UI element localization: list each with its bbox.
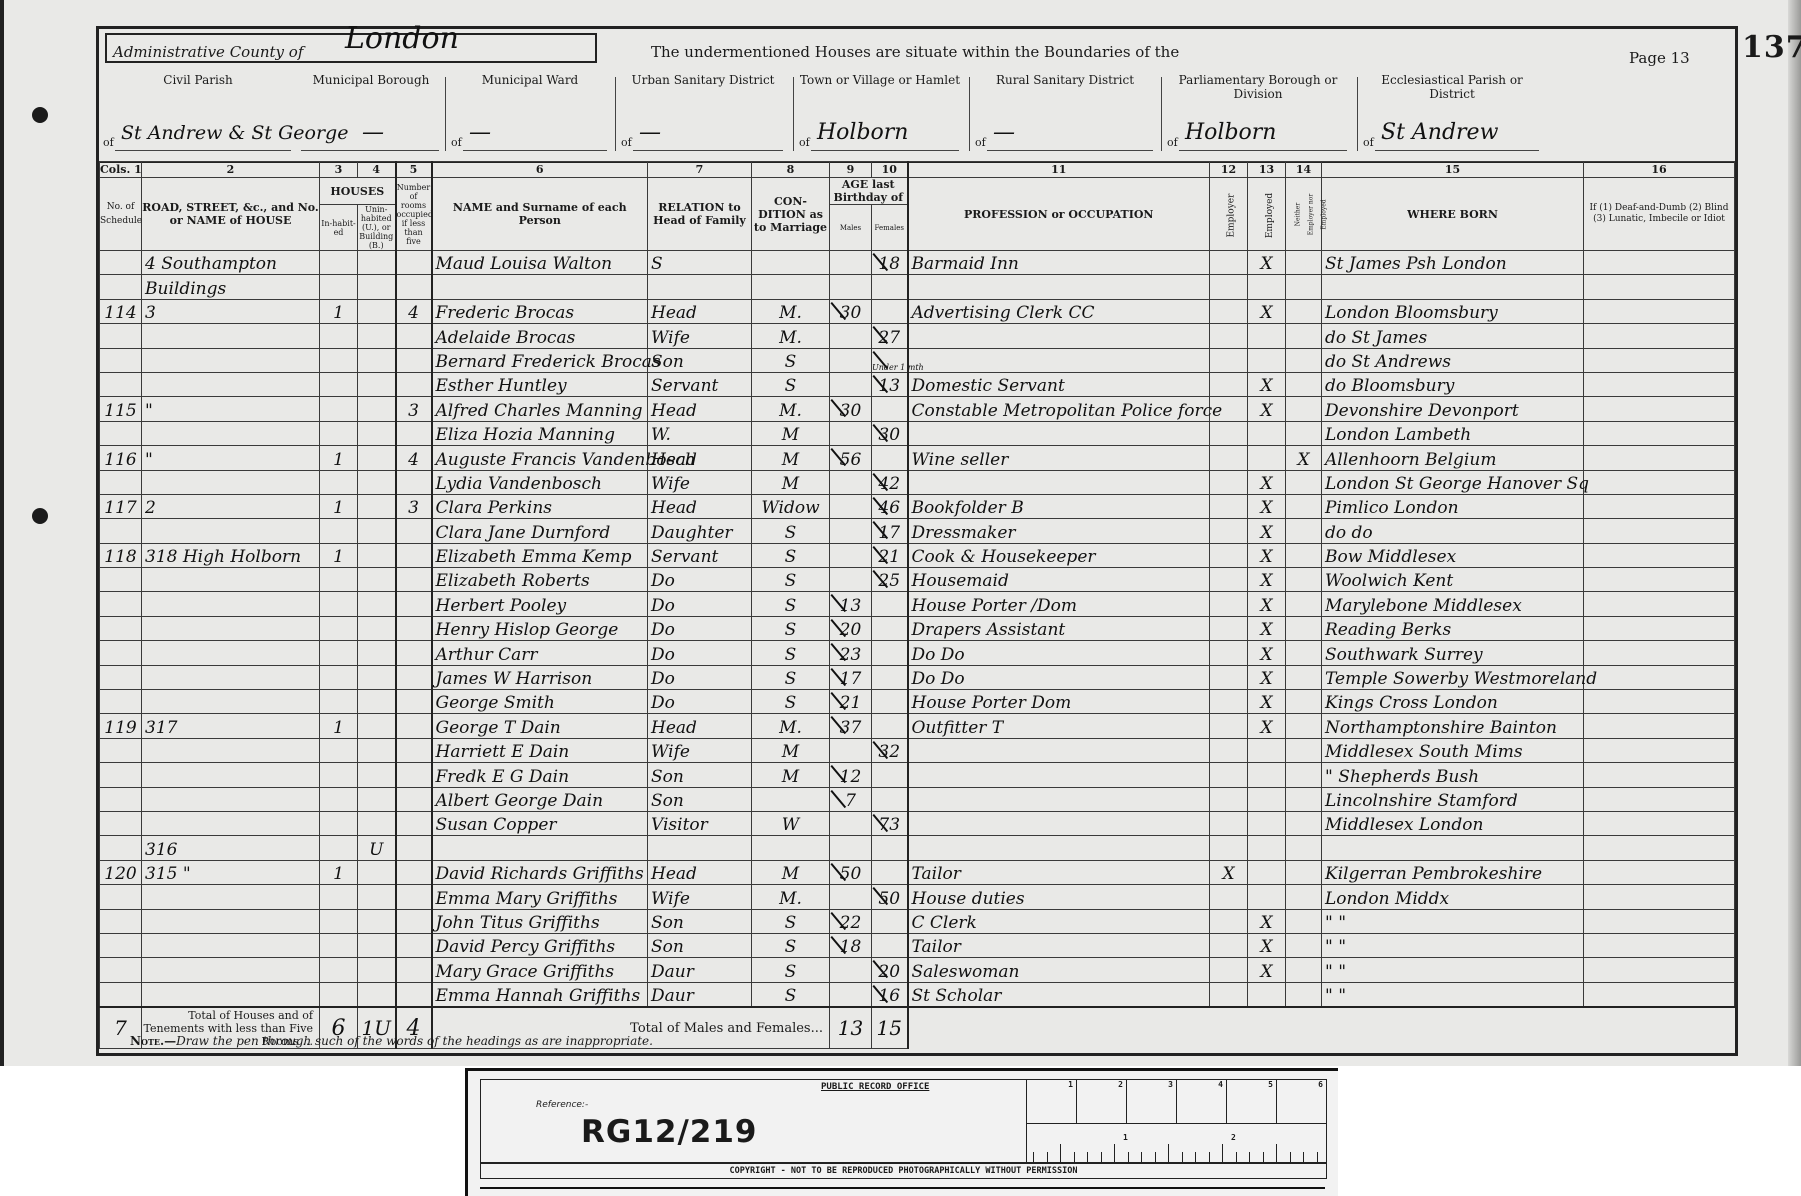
- cell-condition: [752, 787, 830, 811]
- cell-relation: Do: [648, 616, 752, 640]
- cell-name: Arthur Carr: [432, 641, 648, 665]
- col-number: 6: [432, 162, 648, 178]
- cell-neither: [1286, 787, 1322, 811]
- district-label: Urban Sanitary District: [617, 73, 789, 87]
- cell-inhabited: [320, 641, 358, 665]
- district-header-row: Civil Parish of St Andrew & St George Mu…: [99, 69, 1735, 163]
- cell-where-born: Southwark Surrey: [1322, 641, 1584, 665]
- ruler-mark: 4: [1177, 1080, 1227, 1123]
- cell-relation: Head: [648, 714, 752, 738]
- cell-where-born: London St George Hanover Sq: [1322, 470, 1584, 494]
- cell-condition: S: [752, 348, 830, 372]
- cell-uninhabited: [358, 397, 396, 421]
- cell-name: Adelaide Brocas: [432, 324, 648, 348]
- cell-male-age: [830, 275, 872, 299]
- cell-road: [142, 641, 320, 665]
- cell-occupation: Cook & Housekeeper: [908, 543, 1210, 567]
- cell-female-age: [872, 836, 908, 860]
- cell-road: [142, 324, 320, 348]
- cell-rooms: [396, 763, 432, 787]
- ruler-tick: [1182, 1152, 1183, 1162]
- district-label: Town or Village or Hamlet: [795, 73, 965, 87]
- cell-condition: M: [752, 421, 830, 445]
- header-neither-text: Neither Employer nor Employed: [1292, 189, 1331, 239]
- cell-neither: [1286, 738, 1322, 762]
- cell-occupation: Bookfolder B: [908, 494, 1210, 518]
- cell-condition: S: [752, 909, 830, 933]
- col-number: 2: [142, 162, 320, 178]
- ruler-tick: [1114, 1144, 1115, 1162]
- cell-employer: [1210, 811, 1248, 835]
- cell-uninhabited: [358, 348, 396, 372]
- cell-uninhabited: [358, 299, 396, 323]
- cell-where-born: Woolwich Kent: [1322, 568, 1584, 592]
- ruler-mark: 1: [1027, 1080, 1077, 1123]
- cell-occupation: Barmaid Inn: [908, 251, 1210, 275]
- cell-infirmity: [1584, 616, 1735, 640]
- cell-female-age: 46: [872, 494, 908, 518]
- cell-name: Clara Perkins: [432, 494, 648, 518]
- cell-road: [142, 787, 320, 811]
- cell-where-born: Pimlico London: [1322, 494, 1584, 518]
- district-rural-sanitary: Rural Sanitary District of —: [971, 69, 1159, 161]
- district-label: Municipal Borough: [297, 73, 445, 87]
- header-employed-text: Employed: [1264, 192, 1277, 237]
- district-ecclesiastical: Ecclesiastical Parish or District of St …: [1359, 69, 1545, 161]
- cell-infirmity: [1584, 446, 1735, 470]
- cell-rooms: [396, 348, 432, 372]
- table-row: 316U: [100, 836, 1735, 860]
- cell-male-age: [830, 811, 872, 835]
- cell-male-age: 30: [830, 299, 872, 323]
- cell-name: George T Dain: [432, 714, 648, 738]
- cell-female-age: 13: [872, 372, 908, 396]
- cell-female-age: [872, 714, 908, 738]
- cell-occupation: Do Do: [908, 665, 1210, 689]
- cell-infirmity: [1584, 543, 1735, 567]
- cell-rooms: [396, 787, 432, 811]
- copyright-notice: COPYRIGHT - NOT TO BE REPRODUCED PHOTOGR…: [480, 1163, 1327, 1179]
- cell-inhabited: [320, 836, 358, 860]
- cell-road: [142, 519, 320, 543]
- census-table: Cols. 1 2 3 4 5 6 7 8 9 10 11 12 13 14 1…: [99, 161, 1735, 1049]
- header-males: Males: [830, 205, 872, 251]
- table-row: 1193171George T DainHeadM.37Outfitter TX…: [100, 714, 1735, 738]
- ruler-tick: [1141, 1152, 1142, 1162]
- table-row: Emma Mary GriffithsWifeM.50House dutiesL…: [100, 885, 1735, 909]
- cell-road: [142, 690, 320, 714]
- cell-condition: Widow: [752, 494, 830, 518]
- cell-employed: X: [1248, 909, 1286, 933]
- district-value: Holborn: [1179, 116, 1347, 151]
- cell-employed: [1248, 324, 1286, 348]
- district-label: Ecclesiastical Parish or District: [1359, 73, 1545, 101]
- cell-employed: [1248, 787, 1286, 811]
- district-value: Holborn: [811, 116, 959, 151]
- cell-relation: Servant: [648, 543, 752, 567]
- cell-schedule: [100, 641, 142, 665]
- cell-uninhabited: [358, 665, 396, 689]
- cell-male-age: [830, 738, 872, 762]
- cell-relation: [648, 275, 752, 299]
- cell-employer: [1210, 519, 1248, 543]
- cell-employer: [1210, 470, 1248, 494]
- cell-female-age: [872, 787, 908, 811]
- table-row: Bernard Frederick BrocasSonSUnder 1 mthd…: [100, 348, 1735, 372]
- cell-employer: [1210, 982, 1248, 1007]
- ruler-tick: [1168, 1144, 1169, 1162]
- cell-schedule: [100, 519, 142, 543]
- cell-neither: [1286, 982, 1322, 1007]
- cell-infirmity: [1584, 933, 1735, 957]
- cell-rooms: [396, 641, 432, 665]
- column-number-row: Cols. 1 2 3 4 5 6 7 8 9 10 11 12 13 14 1…: [100, 162, 1735, 178]
- cell-inhabited: [320, 592, 358, 616]
- cell-rooms: [396, 933, 432, 957]
- cell-schedule: 116: [100, 446, 142, 470]
- cell-uninhabited: [358, 641, 396, 665]
- col-number: 9: [830, 162, 872, 178]
- cell-where-born: " ": [1322, 982, 1584, 1007]
- cell-rooms: 3: [396, 397, 432, 421]
- cell-employed: [1248, 763, 1286, 787]
- cell-inhabited: [320, 372, 358, 396]
- cell-where-born: Middlesex South Mims: [1322, 738, 1584, 762]
- ruler-tick: [1290, 1152, 1291, 1162]
- cell-road: 2: [142, 494, 320, 518]
- ruler-mark: 2: [1231, 1133, 1236, 1142]
- scale-ruler: 1 2 3 4 5 6 1 2: [1026, 1080, 1327, 1162]
- ruler-tick: [1317, 1152, 1318, 1162]
- cell-male-age: 23: [830, 641, 872, 665]
- cell-relation: Son: [648, 909, 752, 933]
- cell-employer: [1210, 836, 1248, 860]
- cell-occupation: House Porter /Dom: [908, 592, 1210, 616]
- cell-inhabited: [320, 348, 358, 372]
- header-rooms: Number of rooms occupied if less than fi…: [396, 178, 432, 251]
- ruler-mark: 1: [1123, 1133, 1128, 1142]
- cell-road: 317: [142, 714, 320, 738]
- reference-box: PUBLIC RECORD OFFICE Reference:- RG12/21…: [480, 1079, 1327, 1163]
- cell-condition: M.: [752, 885, 830, 909]
- cell-occupation: Drapers Assistant: [908, 616, 1210, 640]
- cell-inhabited: [320, 421, 358, 445]
- cell-neither: [1286, 763, 1322, 787]
- ruler-mark: 3: [1127, 1080, 1177, 1123]
- cell-name: David Richards Griffiths: [432, 860, 648, 884]
- divider: [969, 77, 970, 151]
- cell-where-born: Allenhoorn Belgium: [1322, 446, 1584, 470]
- cell-road: Buildings: [142, 275, 320, 299]
- cell-occupation: Outfitter T: [908, 714, 1210, 738]
- cell-condition: S: [752, 616, 830, 640]
- cell-female-age: [872, 299, 908, 323]
- cell-road: [142, 982, 320, 1007]
- cell-inhabited: [320, 519, 358, 543]
- cell-male-age: [830, 958, 872, 982]
- note-label: Note.—: [130, 1034, 176, 1048]
- cell-inhabited: [320, 763, 358, 787]
- cell-condition: M: [752, 860, 830, 884]
- totals-blank: [908, 1007, 1735, 1049]
- header-infirmity: If (1) Deaf-and-Dumb (2) Blind (3) Lunat…: [1584, 178, 1735, 251]
- divider: [1357, 77, 1358, 151]
- cell-condition: M: [752, 470, 830, 494]
- district-value: —: [633, 116, 783, 151]
- table-row: 115"3Alfred Charles ManningHeadM.30Const…: [100, 397, 1735, 421]
- cell-male-age: [830, 421, 872, 445]
- cell-inhabited: [320, 324, 358, 348]
- cell-infirmity: [1584, 568, 1735, 592]
- boundary-heading: The undermentioned Houses are situate wi…: [651, 43, 1179, 61]
- cell-neither: [1286, 470, 1322, 494]
- cell-employer: [1210, 299, 1248, 323]
- cell-schedule: [100, 738, 142, 762]
- cell-road: [142, 811, 320, 835]
- col-number: 3: [320, 162, 358, 178]
- cell-inhabited: [320, 787, 358, 811]
- cell-neither: [1286, 251, 1322, 275]
- ruler-mark: 2: [1077, 1080, 1127, 1123]
- cell-schedule: [100, 958, 142, 982]
- cell-road: [142, 885, 320, 909]
- cell-male-age: 7: [830, 787, 872, 811]
- cell-infirmity: [1584, 592, 1735, 616]
- table-row: Lydia VandenboschWifeM42XLondon St Georg…: [100, 470, 1735, 494]
- cell-female-age: 50: [872, 885, 908, 909]
- cell-where-born: " ": [1322, 933, 1584, 957]
- cell-condition: S: [752, 982, 830, 1007]
- cell-where-born: Temple Sowerby Westmoreland: [1322, 665, 1584, 689]
- cell-condition: S: [752, 372, 830, 396]
- cell-male-age: 22: [830, 909, 872, 933]
- cell-neither: [1286, 372, 1322, 396]
- cell-employer: [1210, 738, 1248, 762]
- punch-hole-icon: [32, 107, 48, 123]
- cell-male-age: [830, 348, 872, 372]
- cell-employer: [1210, 763, 1248, 787]
- table-row: John Titus GriffithsSonS22C ClerkX" ": [100, 909, 1735, 933]
- district-label: Rural Sanitary District: [971, 73, 1159, 87]
- cell-road: 316: [142, 836, 320, 860]
- cell-uninhabited: [358, 470, 396, 494]
- cell-employed: X: [1248, 665, 1286, 689]
- cell-neither: [1286, 494, 1322, 518]
- column-header-row: No. of Schedule ROAD, STREET, &c., and N…: [100, 178, 1735, 205]
- heading-note: Note.—Draw the pen through such of the w…: [130, 1034, 653, 1048]
- cell-relation: [648, 836, 752, 860]
- cell-neither: [1286, 519, 1322, 543]
- cell-where-born: Kings Cross London: [1322, 690, 1584, 714]
- cell-relation: Son: [648, 933, 752, 957]
- district-parliamentary: Parliamentary Borough or Division of Hol…: [1163, 69, 1353, 161]
- table-row: 116"14Auguste Francis VandenboschHeadM56…: [100, 446, 1735, 470]
- cell-condition: S: [752, 690, 830, 714]
- cell-male-age: 13: [830, 592, 872, 616]
- col-number: 11: [908, 162, 1210, 178]
- cell-relation: Head: [648, 860, 752, 884]
- cell-where-born: do Bloomsbury: [1322, 372, 1584, 396]
- cell-schedule: 120: [100, 860, 142, 884]
- cell-name: David Percy Griffiths: [432, 933, 648, 957]
- cell-employed: [1248, 421, 1286, 445]
- cell-occupation: [908, 738, 1210, 762]
- cell-employer: [1210, 665, 1248, 689]
- cell-female-age: 21: [872, 543, 908, 567]
- cell-employed: X: [1248, 397, 1286, 421]
- table-row: Elizabeth RobertsDoS25HousemaidXWoolwich…: [100, 568, 1735, 592]
- table-row: Arthur CarrDoS23Do DoXSouthwark Surrey: [100, 641, 1735, 665]
- cell-schedule: [100, 324, 142, 348]
- cell-condition: M.: [752, 714, 830, 738]
- ruler-tick: [1155, 1152, 1156, 1162]
- header-name: NAME and Surname of each Person: [432, 178, 648, 251]
- col-number: 4: [358, 162, 396, 178]
- cell-relation: Head: [648, 299, 752, 323]
- col-number: 13: [1248, 162, 1286, 178]
- cell-infirmity: [1584, 738, 1735, 762]
- cell-male-age: 50: [830, 860, 872, 884]
- district-value: St Andrew: [1375, 116, 1539, 151]
- cell-where-born: Lincolnshire Stamford: [1322, 787, 1584, 811]
- cell-road: [142, 763, 320, 787]
- cell-inhabited: 1: [320, 446, 358, 470]
- cell-road: [142, 348, 320, 372]
- cell-schedule: [100, 690, 142, 714]
- cell-condition: S: [752, 933, 830, 957]
- cell-employer: [1210, 958, 1248, 982]
- cell-infirmity: [1584, 421, 1735, 445]
- cell-uninhabited: [358, 494, 396, 518]
- cell-name: Lydia Vandenbosch: [432, 470, 648, 494]
- header-employed: Employed: [1248, 178, 1286, 251]
- cell-infirmity: [1584, 494, 1735, 518]
- divider: [445, 77, 446, 151]
- cell-occupation: [908, 811, 1210, 835]
- cell-occupation: [908, 421, 1210, 445]
- cell-relation: Do: [648, 568, 752, 592]
- cell-female-age: 73: [872, 811, 908, 835]
- cell-condition: M: [752, 763, 830, 787]
- cell-neither: X: [1286, 446, 1322, 470]
- cell-where-born: Kilgerran Pembrokeshire: [1322, 860, 1584, 884]
- header-houses: HOUSES: [320, 178, 396, 205]
- cell-name: Herbert Pooley: [432, 592, 648, 616]
- cell-female-age: [872, 690, 908, 714]
- cell-male-age: [830, 251, 872, 275]
- cell-neither: [1286, 616, 1322, 640]
- cell-occupation: [908, 763, 1210, 787]
- cell-name: Albert George Dain: [432, 787, 648, 811]
- cell-rooms: [396, 885, 432, 909]
- cell-infirmity: [1584, 397, 1735, 421]
- cell-employed: [1248, 836, 1286, 860]
- cell-employed: X: [1248, 543, 1286, 567]
- cell-schedule: 118: [100, 543, 142, 567]
- cell-inhabited: [320, 665, 358, 689]
- cell-rooms: [396, 738, 432, 762]
- cell-neither: [1286, 665, 1322, 689]
- cell-road: [142, 909, 320, 933]
- cell-condition: M: [752, 738, 830, 762]
- table-row: Harriett E DainWifeM32Middlesex South Mi…: [100, 738, 1735, 762]
- cell-inhabited: [320, 251, 358, 275]
- cell-road: 3: [142, 299, 320, 323]
- cell-employed: X: [1248, 958, 1286, 982]
- cell-rooms: [396, 324, 432, 348]
- cell-schedule: 114: [100, 299, 142, 323]
- cell-infirmity: [1584, 324, 1735, 348]
- cell-schedule: 117: [100, 494, 142, 518]
- header-females: Females: [872, 205, 908, 251]
- cell-uninhabited: [358, 811, 396, 835]
- cell-neither: [1286, 811, 1322, 835]
- cell-female-age: [872, 933, 908, 957]
- cell-relation: Son: [648, 348, 752, 372]
- cell-rooms: 3: [396, 494, 432, 518]
- admin-county-value: London: [345, 21, 459, 56]
- cell-rooms: [396, 714, 432, 738]
- ruler-tick: [1128, 1152, 1129, 1162]
- cell-employer: [1210, 616, 1248, 640]
- cell-schedule: [100, 665, 142, 689]
- cell-schedule: [100, 251, 142, 275]
- district-town-village: Town or Village or Hamlet of Holborn: [795, 69, 965, 161]
- cell-where-born: London Middx: [1322, 885, 1584, 909]
- cell-name: Emma Mary Griffiths: [432, 885, 648, 909]
- cell-relation: Daur: [648, 982, 752, 1007]
- cell-schedule: [100, 470, 142, 494]
- cell-rooms: [396, 616, 432, 640]
- cell-female-age: 27: [872, 324, 908, 348]
- district-value: —: [987, 116, 1153, 151]
- cell-female-age: Under 1 mth: [872, 348, 908, 372]
- page-number: Page 13: [1629, 49, 1690, 67]
- cell-where-born: " ": [1322, 909, 1584, 933]
- cell-relation: S: [648, 251, 752, 275]
- cell-rooms: [396, 421, 432, 445]
- ruler-tick: [1060, 1144, 1061, 1162]
- cell-inhabited: 1: [320, 299, 358, 323]
- cell-inhabited: 1: [320, 714, 358, 738]
- cell-relation: Son: [648, 763, 752, 787]
- district-municipal-borough: Municipal Borough —: [297, 69, 445, 161]
- ruler-tick: [1303, 1152, 1304, 1162]
- header-employer: Employer: [1210, 178, 1248, 251]
- cell-road: 315 ": [142, 860, 320, 884]
- cell-inhabited: 1: [320, 543, 358, 567]
- cell-employer: [1210, 372, 1248, 396]
- cell-uninhabited: [358, 787, 396, 811]
- cell-neither: [1286, 568, 1322, 592]
- cell-where-born: Bow Middlesex: [1322, 543, 1584, 567]
- cell-male-age: [830, 324, 872, 348]
- header-where-born: WHERE BORN: [1322, 178, 1584, 251]
- cell-relation: Son: [648, 787, 752, 811]
- cell-male-age: 37: [830, 714, 872, 738]
- cell-name: Fredk E G Dain: [432, 763, 648, 787]
- cell-infirmity: [1584, 299, 1735, 323]
- header-occupation: PROFESSION or OCCUPATION: [908, 178, 1210, 251]
- col-number: 12: [1210, 162, 1248, 178]
- cell-occupation: Domestic Servant: [908, 372, 1210, 396]
- cell-neither: [1286, 836, 1322, 860]
- cell-female-age: 32: [872, 738, 908, 762]
- cell-occupation: [908, 324, 1210, 348]
- cell-schedule: [100, 811, 142, 835]
- ruler-tick: [1074, 1152, 1075, 1162]
- cell-male-age: [830, 470, 872, 494]
